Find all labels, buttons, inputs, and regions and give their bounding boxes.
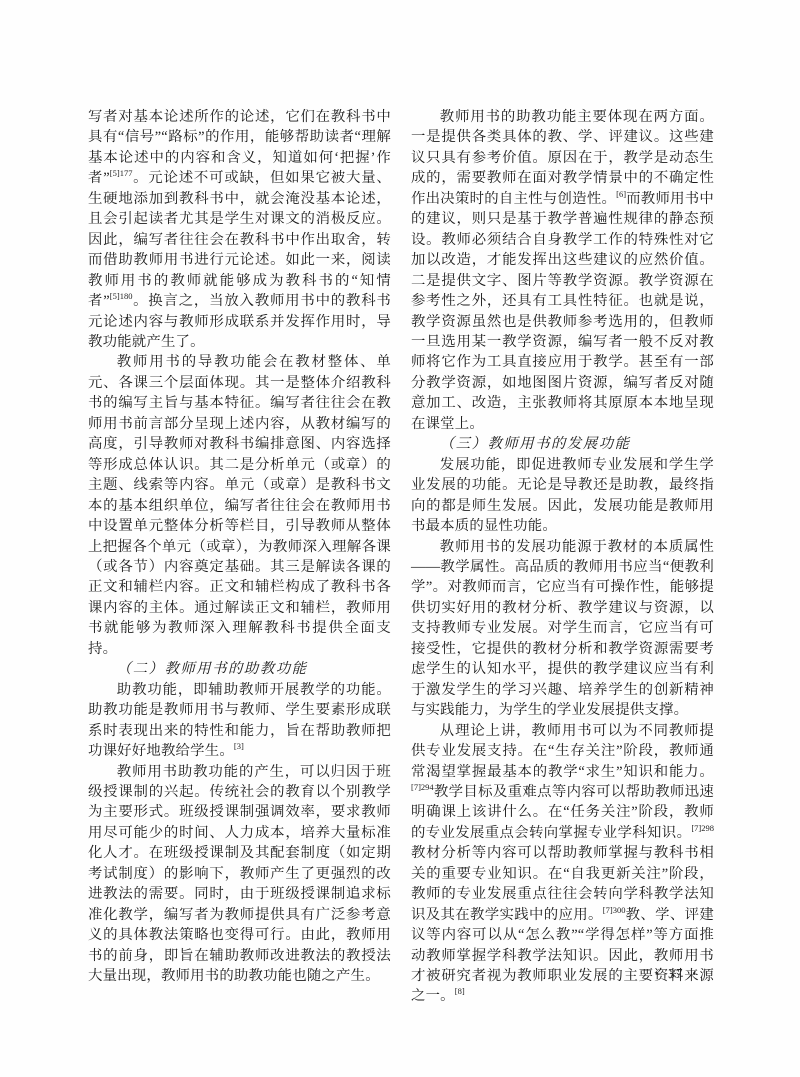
page-number-left-dot-icon: • bbox=[655, 969, 659, 980]
page-number: •37• bbox=[411, 966, 714, 982]
paragraph: 教师用书助教功能的产生，可以归因于班级授课制的兴起。传统社会的教育以个别教学为主… bbox=[88, 762, 391, 987]
paragraph: 教师用书的助教功能主要体现在两方面。一是提供各类具体的教、学、评建议。这些建议只… bbox=[411, 107, 714, 434]
page-number-right-dot-icon: • bbox=[692, 969, 696, 980]
left-column: 写者对基本论述所作的论述，它们在教科书中具有“信号”“路标”的作用，能够帮助读者… bbox=[88, 107, 391, 986]
citation-reference: [6] bbox=[616, 189, 626, 199]
citation-reference: [7]294 bbox=[411, 782, 434, 792]
citation-reference: [3] bbox=[234, 741, 244, 751]
citation-reference: [5]177 bbox=[110, 169, 133, 179]
paragraph: 教师用书的导教功能会在教材整体、单元、各课三个层面体现。其一是整体介绍教科书的编… bbox=[88, 352, 391, 659]
paragraph: 从理论上讲，教师用书可以为不同教师提供专业发展支持。在“生存关注”阶段，教师通常… bbox=[411, 721, 714, 1007]
paragraph: 发展功能，即促进教师专业发展和学生学业发展的功能。无论是导教还是助教，最终指向的… bbox=[411, 455, 714, 537]
document-page: 写者对基本论述所作的论述，它们在教科书中具有“信号”“路标”的作用，能够帮助读者… bbox=[0, 0, 800, 1077]
citation-reference: [7]300 bbox=[603, 905, 626, 915]
citation-reference: [7]298 bbox=[691, 823, 714, 833]
section-heading: （二）教师用书的助教功能 bbox=[88, 659, 391, 679]
paragraph: 写者对基本论述所作的论述，它们在教科书中具有“信号”“路标”的作用，能够帮助读者… bbox=[88, 107, 391, 352]
section-heading: （三）教师用书的发展功能 bbox=[411, 434, 714, 454]
citation-reference: [8] bbox=[455, 987, 465, 997]
citation-reference: [5]180 bbox=[110, 291, 133, 301]
right-column: 教师用书的助教功能主要体现在两方面。一是提供各类具体的教、学、评建议。这些建议只… bbox=[411, 107, 714, 1007]
page-number-value: 37 bbox=[668, 966, 684, 981]
paragraph: 助教功能，即辅助教师开展教学的功能。助教功能是教师用书与教师、学生要素形成联系时… bbox=[88, 680, 391, 762]
paragraph: 教师用书的发展功能源于教材的本质属性——教学属性。高品质的教师用书应当“便教利学… bbox=[411, 537, 714, 721]
